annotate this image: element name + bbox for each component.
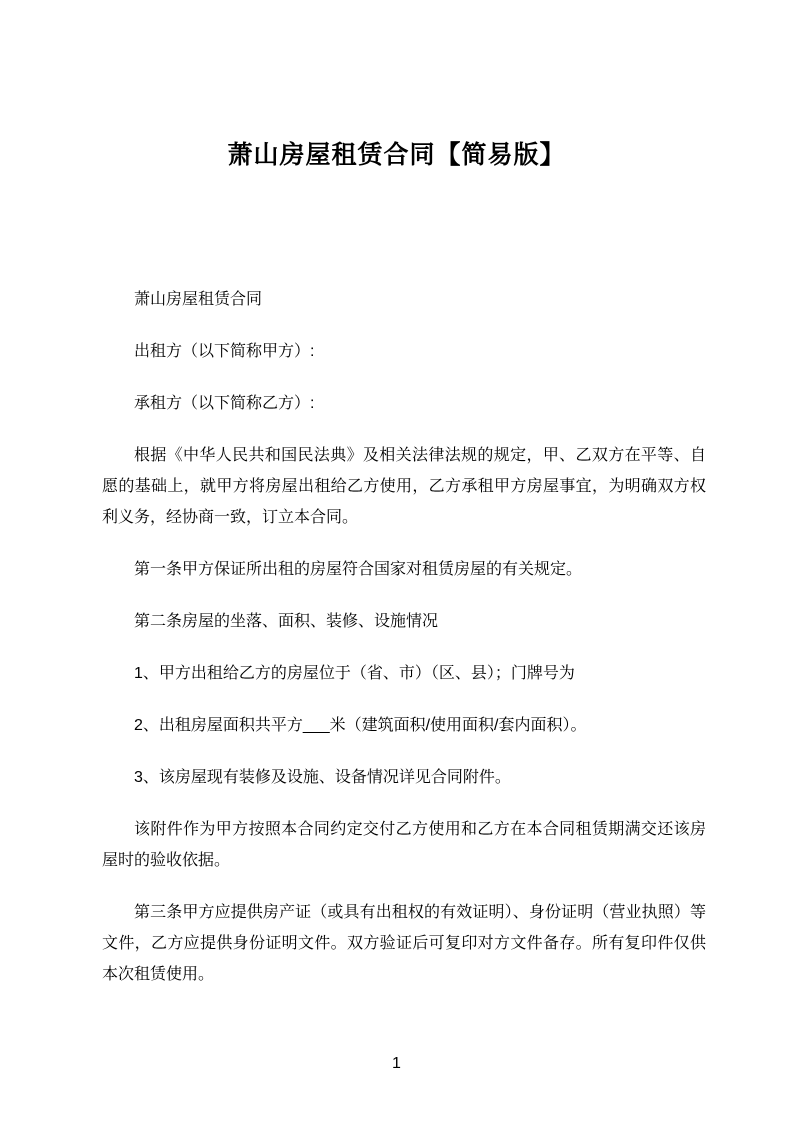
- paragraph-contract-name: 萧山房屋租赁合同: [102, 284, 706, 315]
- paragraph-attachment-note: 该附件作为甲方按照本合同约定交付乙方使用和乙方在本合同租赁期满交还该房屋时的验收…: [102, 814, 706, 876]
- paragraph-clause-2-item-2: 2、出租房屋面积共平方___米（建筑面积/使用面积/套内面积）。: [102, 710, 706, 741]
- document-page: 萧山房屋租赁合同【简易版】 萧山房屋租赁合同 出租方（以下简称甲方）: 承租方（…: [0, 0, 793, 1122]
- document-body: 萧山房屋租赁合同 出租方（以下简称甲方）: 承租方（以下简称乙方）: 根据《中华…: [102, 284, 706, 990]
- paragraph-clause-3: 第三条甲方应提供房产证（或具有出租权的有效证明）、身份证明（营业执照）等文件，乙…: [102, 897, 706, 990]
- paragraph-clause-2-item-1: 1、甲方出租给乙方的房屋位于（省、市）（区、县）；门牌号为: [102, 658, 706, 689]
- document-title: 萧山房屋租赁合同【简易版】: [0, 0, 793, 172]
- paragraph-clause-2-heading: 第二条房屋的坐落、面积、装修、设施情况: [102, 606, 706, 637]
- paragraph-clause-1: 第一条甲方保证所出租的房屋符合国家对租赁房屋的有关规定。: [102, 554, 706, 585]
- page-number: 1: [0, 1048, 793, 1079]
- paragraph-preamble: 根据《中华人民共和国民法典》及相关法律法规的规定，甲、乙双方在平等、自愿的基础上…: [102, 440, 706, 533]
- paragraph-clause-2-item-3: 3、该房屋现有装修及设施、设备情况详见合同附件。: [102, 762, 706, 793]
- paragraph-lessee-line: 承租方（以下简称乙方）:: [102, 388, 706, 419]
- paragraph-lessor-line: 出租方（以下简称甲方）:: [102, 336, 706, 367]
